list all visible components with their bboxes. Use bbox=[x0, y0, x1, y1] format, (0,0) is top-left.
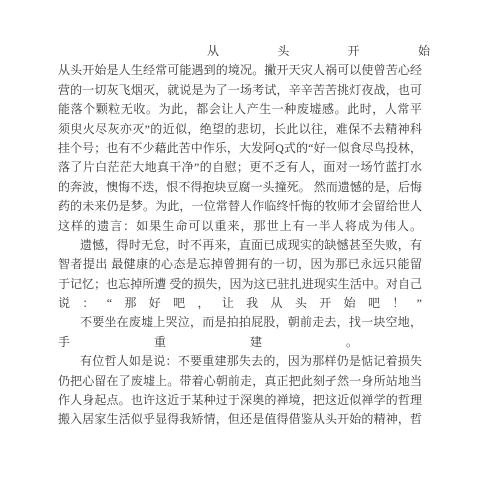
text-line: 能落个颗粒无收。为此，都会让人产生一种废墟感。此时，人常平生“ bbox=[58, 100, 422, 119]
text-line: 落了片白茫茫大地真干净”的自慰；更不乏有人，面对一场竹蓝打水 bbox=[58, 158, 422, 177]
document-page: 从头开始 从头开始是人生经常可能遇到的境况。撇开天灾人祸可以使曾苦心经 营的一切… bbox=[0, 0, 485, 485]
text-line-paragraph-start: 不要坐在废墟上哭泣，而是拍拍屁股，朝前走去，找一块空地，动 bbox=[58, 313, 422, 332]
text-line-paragraph-start: 遗憾，得时无怠，时不再来，直面已成现实的缺憾甚至失败，有 bbox=[58, 236, 422, 255]
document-title: 从头开始 bbox=[207, 42, 430, 61]
text-line-spread: 手重建。 bbox=[58, 333, 358, 352]
text-line: 搬入居家生活似乎显得我矫情，但还是值得借鉴从头开始的精神，哲 bbox=[58, 410, 422, 429]
text-line: 从头开始是人生经常可能遇到的境况。撇开天灾人祸可以使曾苦心经 bbox=[58, 61, 422, 80]
essay-text-block: 从头开始 从头开始是人生经常可能遇到的境况。撇开天灾人祸可以使曾苦心经 营的一切… bbox=[58, 42, 422, 430]
text-line: 药的未来仍是梦。为此，一位常替人作临终忏悔的牧师才会留给世人 bbox=[58, 197, 422, 216]
text-line: 营的一切灰飞烟灭，就说是为了一场考试，辛辛苦苦挑灯夜战，也可 bbox=[58, 81, 422, 100]
text-line: 挂个号；也有不少藉此苦中作乐，大发阿Q式的“好一似食尽鸟投林， bbox=[58, 139, 422, 158]
text-line: 智者提出 最健康的心态是忘掉曾拥有的一切，因为那已永远只能留 bbox=[58, 255, 422, 274]
text-line: 须臾火尽灰亦灭”的近似，绝望的悲切，长此以往，难保不去精神科 bbox=[58, 120, 422, 139]
text-line-paragraph-start: 有位哲人如是说：不要重建那失去的，因为那样仍是惦记着损失你 bbox=[58, 352, 422, 371]
text-line: 这样的遗言：如果生命可以重来，那世上有一半人将成为伟人。 bbox=[58, 217, 422, 236]
text-line: 作人身起点。也许这近于某种过于深奥的禅境，把这近似禅学的哲理 bbox=[58, 391, 422, 410]
text-line: 于记忆；也忘掉所遭 受的损失，因为这已驻扎进现实生活中。对自己 bbox=[58, 275, 422, 294]
text-line: 的奔波，懊悔不迭，恨不得抱块豆腐一头撞死。 然而遗憾的是，后悔 bbox=[58, 178, 422, 197]
text-line: 仍把心留在了废墟上。带着心朝前走，真正把此刻孑然一身所站地当 bbox=[58, 372, 422, 391]
text-line: 说：“那好吧，让我从头开始吧！” bbox=[58, 294, 422, 313]
